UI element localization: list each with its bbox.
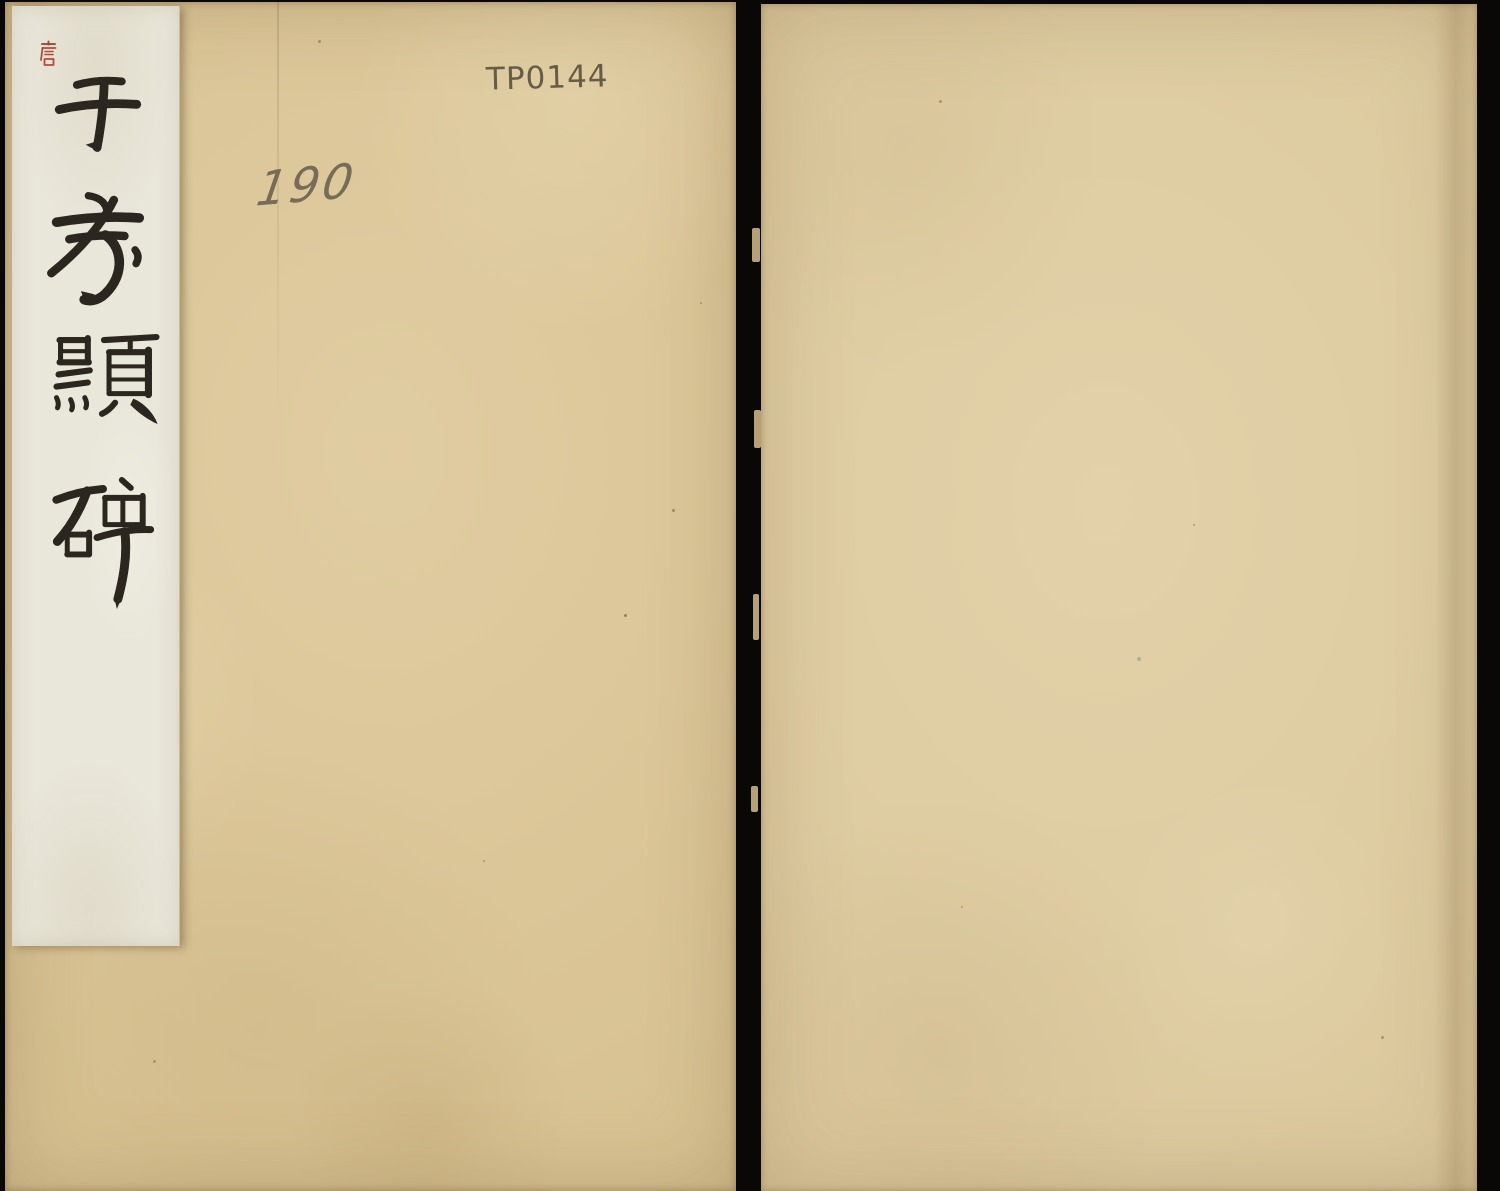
paper-speck [939, 100, 942, 103]
right-blank-page [761, 4, 1477, 1191]
calligraphy-char-xiao: 孝 [46, 186, 152, 320]
paper-crease [277, 2, 279, 432]
calligraphy-char-bei: 碑 [52, 477, 154, 611]
calligraphy-glyph-icon [52, 477, 154, 611]
title-label-strip: 唐 于 [12, 6, 180, 946]
pencil-catalog-code: TP0144 [486, 58, 609, 97]
seal-glyph-icon [38, 40, 59, 67]
paper-speck [700, 302, 702, 304]
paper-speck [1381, 1036, 1384, 1039]
fold-gap-notch [754, 410, 761, 448]
paper-speck [318, 40, 321, 43]
calligraphy-glyph-icon [46, 186, 152, 320]
paper-speck [672, 509, 675, 512]
fold-gap-notch [752, 228, 760, 262]
fold-gap-notch [753, 594, 759, 640]
scanned-album-cover: 唐 于 [0, 0, 1500, 1191]
paper-speck [1137, 657, 1141, 661]
paper-speck [1193, 524, 1195, 526]
calligraphy-glyph-icon [52, 70, 144, 158]
calligraphy-char-yu: 于 [52, 70, 144, 158]
paper-speck [153, 1060, 156, 1063]
calligraphy-char-xian: 顯 [49, 333, 161, 429]
fold-gap-notch [751, 786, 758, 812]
calligraphy-glyph-icon [49, 333, 161, 429]
red-seal-character: 唐 [38, 40, 59, 67]
pencil-number: 190 [253, 153, 360, 218]
paper-speck [961, 906, 963, 908]
paper-speck [624, 614, 627, 617]
left-cover-page: 唐 于 [5, 2, 736, 1191]
paper-speck [483, 860, 485, 862]
